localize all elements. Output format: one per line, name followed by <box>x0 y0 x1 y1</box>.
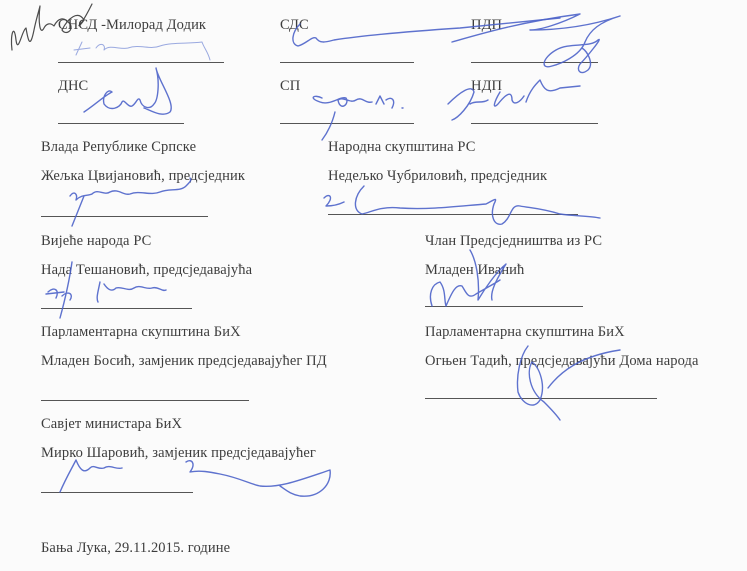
institution-label: Народна скупштина РС <box>328 139 475 155</box>
signature-ndp <box>448 80 580 120</box>
institution-label: Члан Предсједништва из РС <box>425 233 602 249</box>
signature-cubrilovic <box>324 186 600 224</box>
signature-sds <box>293 18 560 46</box>
institution-label: Влада Републике Српске <box>41 139 196 155</box>
signature-snsd <box>74 42 210 60</box>
signatory-name: Нада Тешановић, предсједавајућа <box>41 262 252 278</box>
institution-label: Вијеће народа РС <box>41 233 151 249</box>
party-label-pdp: ПДП <box>471 17 502 33</box>
institution-label: Парламентарна скупштина БиХ <box>41 324 241 340</box>
signature-line-sds <box>280 62 414 63</box>
handwritten-signatures <box>0 0 747 571</box>
signature-dns <box>84 68 171 114</box>
signature-page: СНСД -Милорад Додик СДС ПДП ДНС СП НДП В… <box>0 0 747 571</box>
signature-line-sp <box>280 123 414 124</box>
party-label-snsd: СНСД -Милорад Додик <box>58 17 206 33</box>
party-label-sp: СП <box>280 78 300 94</box>
signature-line <box>41 216 208 217</box>
party-label-ndp: НДП <box>471 78 502 94</box>
signature-line <box>41 308 192 309</box>
signature-line-snsd <box>58 62 224 63</box>
signatory-name: Недељко Чубриловић, предсједник <box>328 168 547 184</box>
signature-ivanic <box>430 250 506 306</box>
institution-label: Савјет министара БиХ <box>41 416 182 432</box>
signature-cvijanovic <box>70 178 191 226</box>
institution-label: Парламентарна скупштина БиХ <box>425 324 625 340</box>
signatory-name: Младен Иванић <box>425 262 524 278</box>
signatory-name: Младен Босић, замјеник предсједавајућег … <box>41 353 327 369</box>
signatory-name: Огњен Тадић, предсједавајући Дома народа <box>425 353 699 369</box>
signatory-name: Жељка Цвијановић, предсједник <box>41 168 245 184</box>
signature-line-dns <box>58 123 184 124</box>
signature-line <box>425 306 583 307</box>
signature-sp <box>313 96 403 140</box>
signatory-name: Мирко Шаровић, замјеник предсједавајућег <box>41 445 316 461</box>
signature-line <box>41 492 193 493</box>
place-and-date: Бања Лука, 29.11.2015. године <box>41 540 230 556</box>
signature-line <box>425 398 657 399</box>
signature-line <box>328 214 578 215</box>
signature-line <box>41 400 249 401</box>
party-label-dns: ДНС <box>58 78 88 94</box>
party-label-sds: СДС <box>280 17 309 33</box>
signature-line-ndp <box>471 123 598 124</box>
signature-line-pdp <box>471 62 598 63</box>
signature-sarovic <box>60 460 330 496</box>
